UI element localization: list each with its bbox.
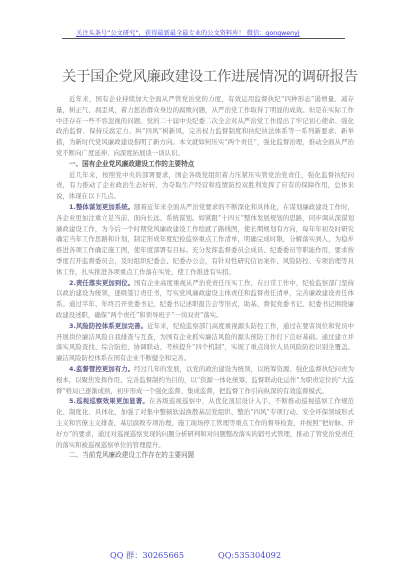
- qq-group-number: QQ 群：30265665: [110, 550, 184, 561]
- point-3: 3.风险防控体系更加完善。近年来，纪检监察部门高度重视源头防控工作，通过在要害岗…: [56, 321, 354, 364]
- section-heading-1: 一、国有企业党风廉政建设工作的主要特点: [56, 159, 354, 170]
- point-2: 2.责任落实更加到位。国有企业高度重视从严治党责任压实工作，在日常工作中，纪检监…: [56, 278, 354, 321]
- point-4: 4.监督管控更加有力。经过几年的发展，以党的政治建设为统领，以统筹资源、强化监督…: [56, 364, 354, 396]
- qq-number: QQ:535304092: [218, 550, 281, 560]
- point-1: 1.整体谋划更加系统。随着近年来全面从严治党要求的不断深化和具体化，在谋划廉政建…: [56, 202, 354, 278]
- section-intro-1: 近几年来，按照党中央的部署要求，国企各级党组织着力压紧压实管党治党责任，强化监督…: [56, 170, 354, 202]
- point-lead: 3.风险防控体系更加完善。: [69, 322, 147, 330]
- document-title: 关于国企党风廉政建设工作进展情况的调研报告: [62, 66, 362, 86]
- point-5: 5.巡视巡察效果更加显著。在各级巡视巡察中，从优化顶层设计入手，不断推动巡视巡察…: [56, 396, 354, 450]
- point-lead: 4.监督管控更加有力。: [69, 365, 134, 373]
- intro-paragraph: 近年来，国有企业持续加大全面从严管党治党的力度，有效运用监督执纪“四种形态”遏增…: [56, 94, 354, 159]
- section-heading-2: 二、当前党风廉政建设工作存在的主要问题: [56, 450, 354, 461]
- promo-link[interactable]: 关注头条号“公文研究”，获得最新最全最专业的公文资料库！ 微信：gongweny…: [76, 28, 300, 37]
- header-promo-bar: 关注头条号“公文研究”，获得最新最全最专业的公文资料库！ 微信：gongweny…: [62, 28, 345, 39]
- point-lead: 2.责任落实更加到位。: [69, 279, 134, 287]
- point-lead: 5.巡视巡察效果更加显著。: [69, 397, 149, 405]
- footer-contact: QQ 群：30265665 QQ:535304092: [0, 550, 408, 564]
- point-lead: 1.整体谋划更加系统。: [69, 203, 134, 211]
- document-body: 近年来，国有企业持续加大全面从严管党治党的力度，有效运用监督执纪“四种形态”遏增…: [56, 94, 354, 461]
- point-text: 随着近年来全面从严治党要求的不断深化和具体化，在谋划廉政建设工作时，各企业更加注…: [56, 203, 354, 276]
